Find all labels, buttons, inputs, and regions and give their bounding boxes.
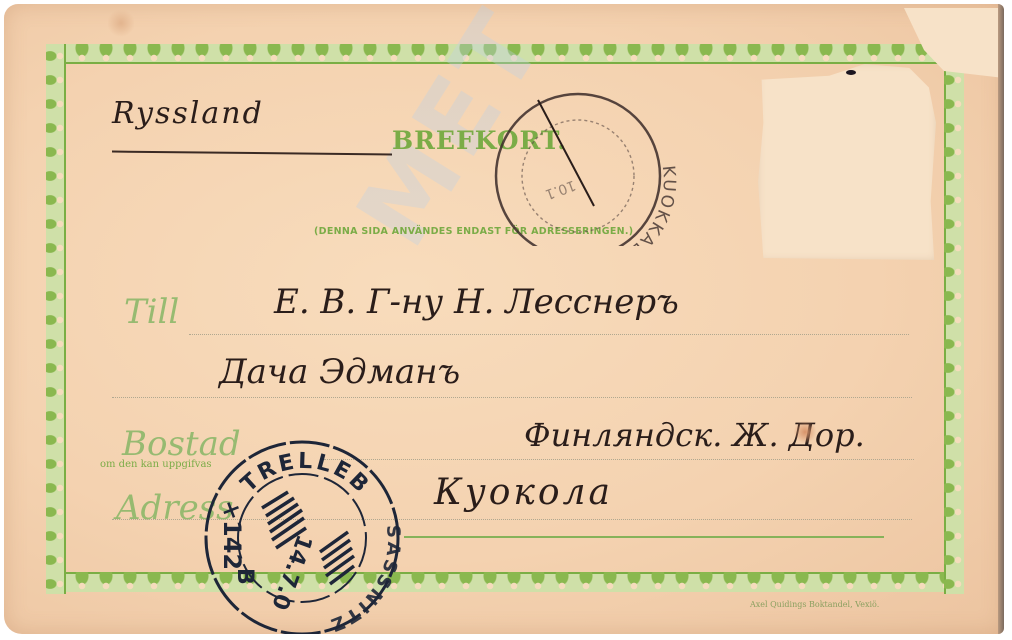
ornamental-border-right	[944, 44, 964, 594]
destination-underline	[112, 151, 392, 156]
ornamental-border-left	[46, 44, 66, 594]
label-bostad-note: om den kan uppgifvas	[100, 459, 212, 470]
handwritten-destination: Ryssland	[112, 96, 264, 131]
postcard: МЕТ BREFKORT. (DENNA SIDA ANVÄNDES ENDAS…	[4, 4, 1004, 634]
trelleborg-postmark: × TRELLEB SASSNITZ 14.7.0 142 B	[196, 432, 408, 634]
ornamental-border-bottom	[46, 572, 964, 592]
torn-corner	[904, 8, 1004, 78]
svg-text:SASSNITZ: SASSNITZ	[297, 516, 408, 634]
address-line-dacha: Дача Эдманъ	[219, 352, 460, 392]
address-line-1	[189, 334, 909, 335]
svg-text:KUOKKALA: KUOKKALA	[615, 165, 679, 246]
address-line-recipient: Е. В. Г-ну Н. Лесснеръ	[274, 282, 679, 322]
paper-stain	[794, 420, 816, 444]
svg-text:B: B	[232, 568, 257, 585]
address-line-3	[324, 459, 914, 460]
address-line-final	[404, 536, 884, 538]
paper-stain	[108, 8, 134, 38]
svg-text:× TRELLEB: × TRELLEB	[208, 436, 379, 527]
printer-imprint: Axel Quidings Boktandel, Vexiö.	[750, 600, 879, 609]
ink-spot	[846, 70, 856, 75]
svg-text:142: 142	[218, 520, 246, 570]
address-line-2	[112, 397, 912, 398]
label-till: Till	[124, 292, 179, 332]
torn-stamp-area	[758, 64, 936, 260]
svg-text:10.1: 10.1	[543, 177, 578, 203]
address-line-town: Куокола	[434, 472, 613, 513]
kuokkala-postmark: KUOKKALA 10.1	[466, 76, 686, 246]
